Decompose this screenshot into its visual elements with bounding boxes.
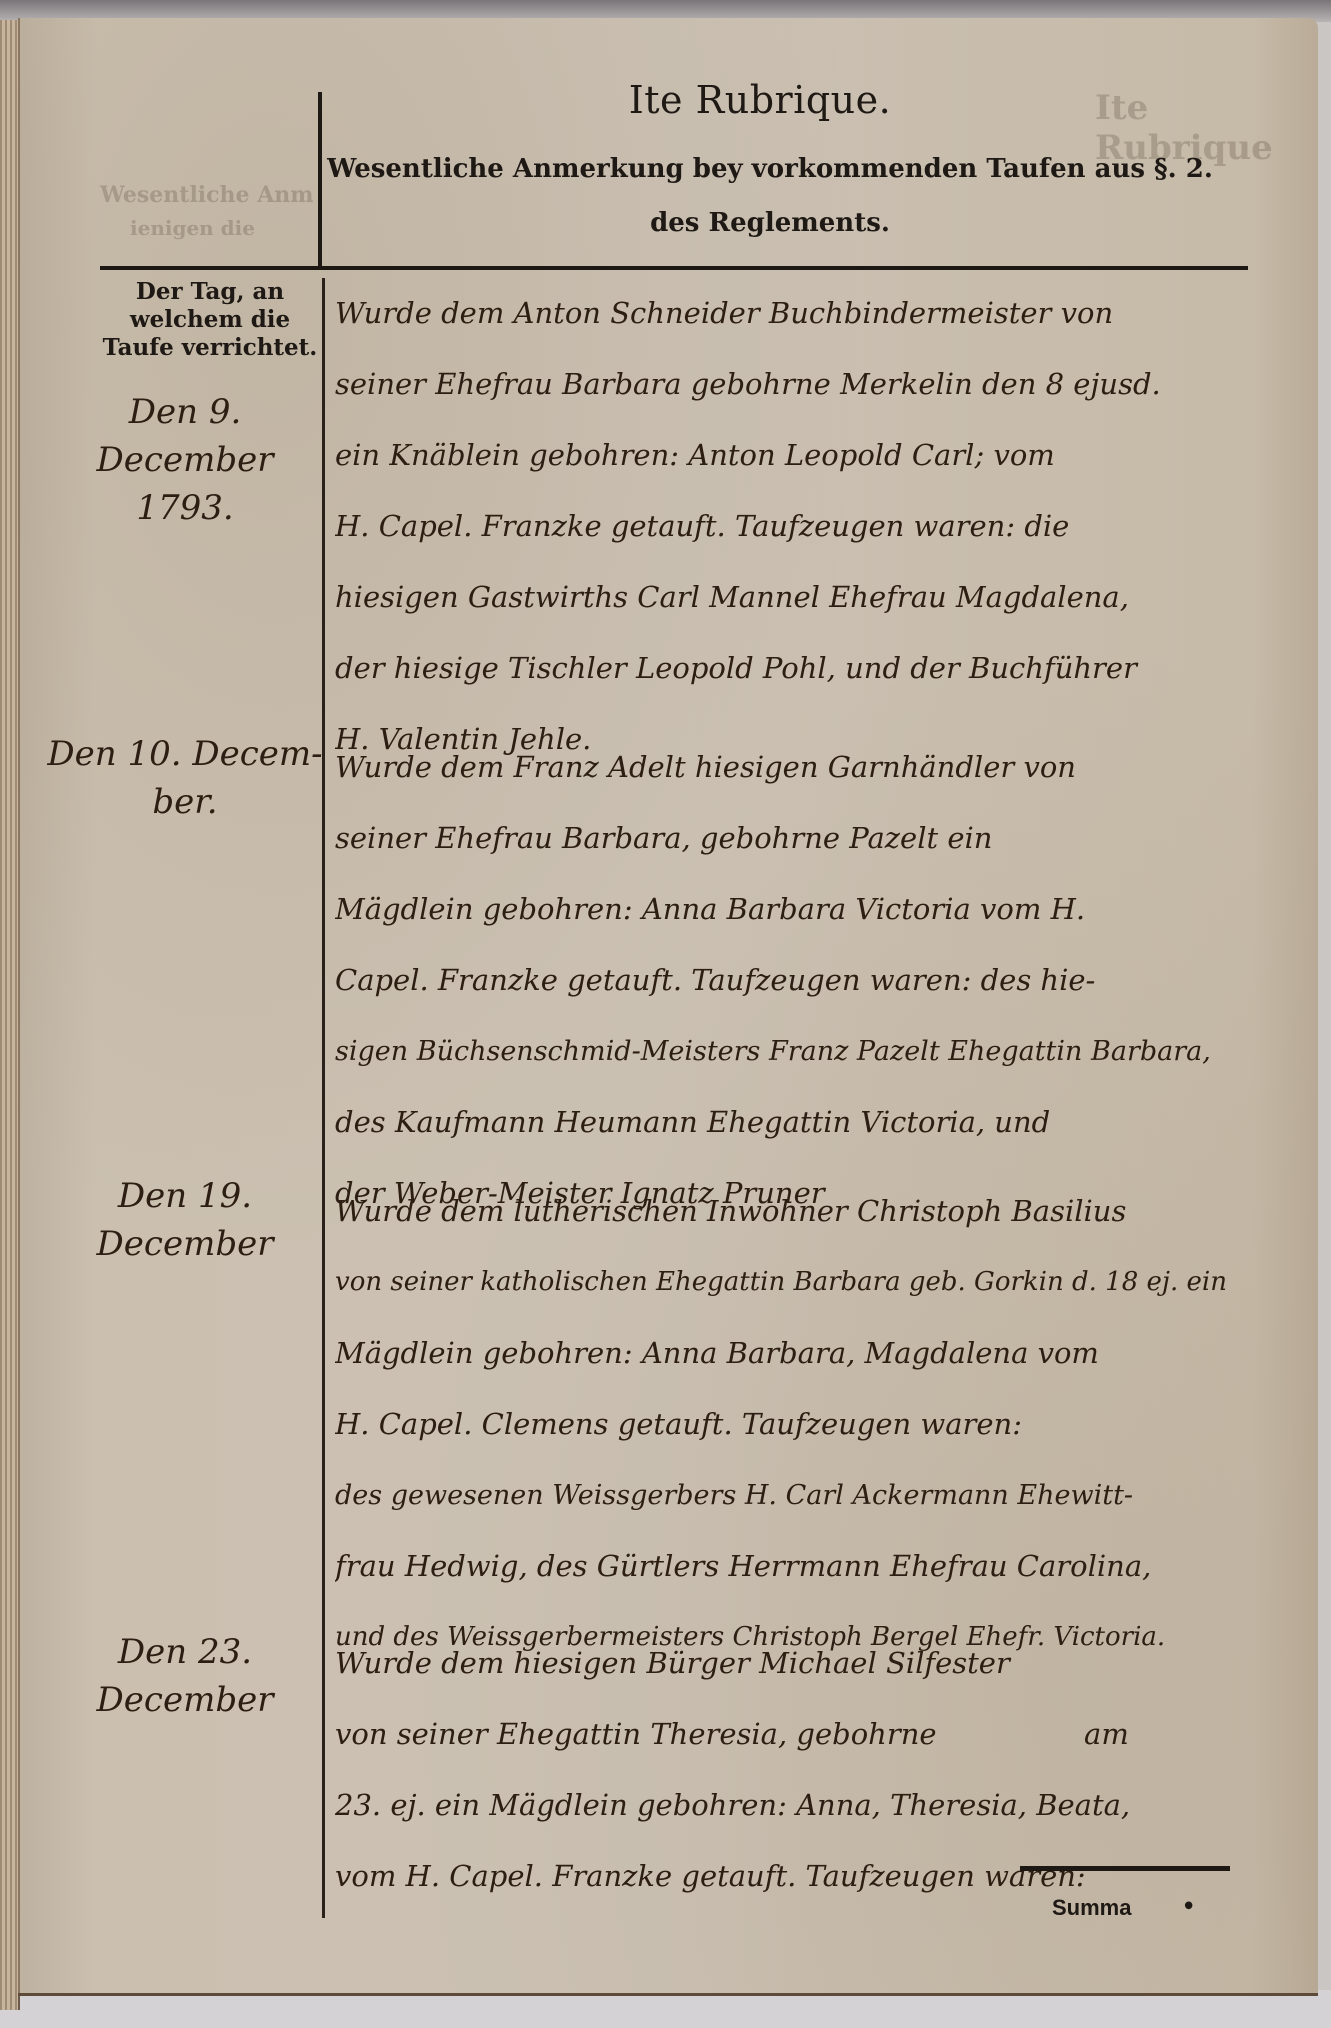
- page-subtitle: Wesentliche Anmerkung bey vorkommenden T…: [320, 142, 1220, 250]
- date-column-header: Der Tag, an welchem die Taufe verrichtet…: [100, 278, 320, 362]
- subtitle-line-1: Wesentliche Anmerkung bey vorkommenden T…: [320, 142, 1220, 196]
- header-rule: [100, 266, 1248, 270]
- entry-line: Wurde dem Anton Schneider Buchbindermeis…: [335, 278, 1315, 349]
- entry-line: H. Capel. Clemens getauft. Taufzeugen wa…: [335, 1389, 1315, 1460]
- bleed-through-fragment: ienigen die: [130, 216, 255, 240]
- entry-line: Wurde dem lutherischen Inwohner Christop…: [335, 1176, 1315, 1247]
- entry-date: Den 19. December: [45, 1172, 325, 1268]
- date-line-1: Den 10. Decem-: [45, 730, 325, 778]
- page-title: Ite Rubrique.: [330, 78, 1190, 122]
- entry-line: von seiner katholischen Ehegattin Barbar…: [335, 1247, 1315, 1318]
- date-line-1: Den 23. December: [45, 1628, 325, 1724]
- entry-date: Den 9. December 1793.: [45, 388, 325, 532]
- entry-line: des gewesenen Weissgerbers H. Carl Acker…: [335, 1460, 1315, 1531]
- entry-line: Mägdlein gebohren: Anna Barbara, Magdale…: [335, 1318, 1315, 1389]
- date-line-1: Den 9. December: [45, 388, 325, 484]
- entry-line: Mägdlein gebohren: Anna Barbara Victoria…: [335, 874, 1315, 945]
- subtitle-line-2: des Reglements.: [320, 196, 1220, 250]
- entry-line: des Kaufmann Heumann Ehegattin Victoria,…: [335, 1087, 1315, 1158]
- page-stack-edge: [0, 20, 20, 2010]
- entry-line: seiner Ehefrau Barbara gebohrne Merkelin…: [335, 349, 1315, 420]
- entry-line: Wurde dem hiesigen Bürger Michael Silfes…: [335, 1628, 1315, 1699]
- entry-line: H. Capel. Franzke getauft. Taufzeugen wa…: [335, 491, 1315, 562]
- entry-line: seiner Ehefrau Barbara, gebohrne Pazelt …: [335, 803, 1315, 874]
- entry-line: ein Knäblein gebohren: Anton Leopold Car…: [335, 420, 1315, 491]
- entry-line: Capel. Franzke getauft. Taufzeugen waren…: [335, 945, 1315, 1016]
- entry-line: der hiesige Tischler Leopold Pohl, und d…: [335, 633, 1315, 704]
- register-entry: Wurde dem Anton Schneider Buchbindermeis…: [335, 278, 1315, 775]
- register-entry: Wurde dem lutherischen Inwohner Christop…: [335, 1176, 1315, 1673]
- entry-line: 23. ej. ein Mägdlein gebohren: Anna, The…: [335, 1770, 1315, 1841]
- summa-rule: [1020, 1866, 1230, 1871]
- entry-line: von seiner Ehegattin Theresia, gebohrne …: [335, 1699, 1315, 1770]
- entry-line: hiesigen Gastwirths Carl Mannel Ehefrau …: [335, 562, 1315, 633]
- date-line-2: ber.: [45, 778, 325, 826]
- entry-date: Den 10. Decem- ber.: [45, 730, 325, 826]
- date-line-1: Den 19. December: [45, 1172, 325, 1268]
- entry-date: Den 23. December: [45, 1628, 325, 1724]
- register-entry: Wurde dem Franz Adelt hiesigen Garnhändl…: [335, 732, 1315, 1229]
- entry-line: frau Hedwig, des Gürtlers Herrmann Ehefr…: [335, 1531, 1315, 1602]
- summa-label: Summa: [1052, 1895, 1131, 1921]
- bleed-through-subtitle: Wesentliche Anm: [100, 182, 314, 208]
- date-line-2: 1793.: [45, 484, 325, 532]
- entry-line: Wurde dem Franz Adelt hiesigen Garnhändl…: [335, 732, 1315, 803]
- entry-line: sigen Büchsenschmid-Meisters Franz Pazel…: [335, 1016, 1315, 1087]
- entry-line: vom H. Capel. Franzke getauft. Taufzeuge…: [335, 1841, 1315, 1912]
- summa-dot: •: [1181, 1892, 1196, 1922]
